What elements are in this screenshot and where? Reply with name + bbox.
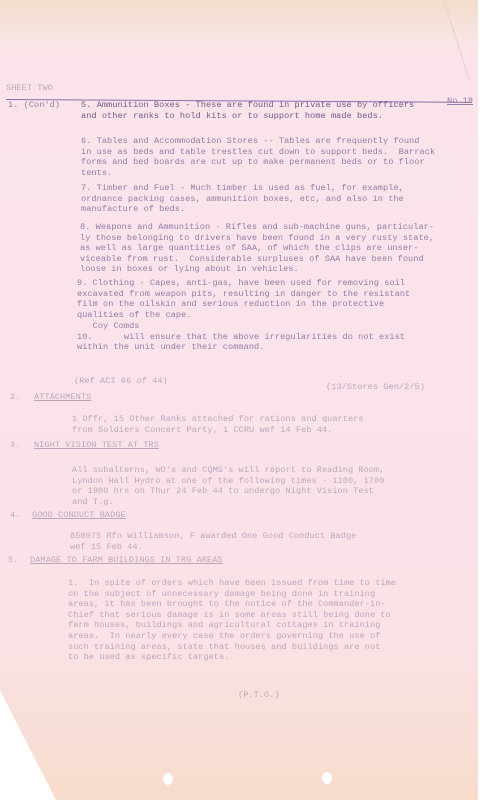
text-line: 6. Tables and Accommodation Stores -- Ta… [81,136,435,147]
item-10: Coy Comds10. will ensure that the above … [77,321,405,353]
text-line: in use as beds and table trestles cut do… [81,147,435,158]
section-3-number: 3. [10,440,20,451]
text-line: Chief that serious damage is in some are… [68,610,396,621]
text-line: 8. Weapons and Ammunition - Rifles and s… [80,222,434,233]
item-8: 8. Weapons and Ammunition - Rifles and s… [80,222,434,275]
item-7: 7. Timber and Fuel - Much timber is used… [81,183,404,215]
text-line: 1 Offr, 15 Other Ranks attached for rati… [72,414,364,425]
text-line: Lyndon Hall Hydro at one of the followin… [72,476,384,487]
page-edge [478,0,486,809]
text-line: wef 15 Feb 44. [70,542,356,553]
text-line: qualities of the cape. [77,310,410,321]
text-line: 7. Timber and Fuel - Much timber is used… [81,183,404,194]
text-line: within the unit under their command. [77,342,405,353]
text-line: tents. [81,168,435,179]
text-line: viceable from rust. Considerable surplus… [80,254,434,265]
text-line: or 1900 hrs on Thur 24 Feb 44 to undergo… [72,486,384,497]
text-line: as well as large quantities of SAA, of w… [80,243,434,254]
please-turn-over: (P.T.O.) [238,690,280,701]
text-line: 5. Ammunition Boxes - These are found in… [81,100,414,111]
text-line: from Soldiers Concert Party, 1 CCRU wef … [72,425,364,436]
sheet-label: SHEET TWO [6,83,53,94]
text-line: 1. In spite of orders which have been is… [68,578,396,589]
text-line: 9. Clothing - Capes, anti-gas, have been… [77,278,410,289]
section-5-body: 1. In spite of orders which have been is… [68,578,396,663]
section-3-title: NIGHT VISION TEST AT TRS [34,440,159,451]
section-4-number: 4. [10,510,20,521]
text-line: loose in boxes or lying about in vehicle… [80,264,434,275]
section-2-number: 2. [10,392,20,403]
text-line: forms and bed boards are cut up to make … [81,157,435,168]
text-line: Coy Comds [77,321,405,332]
text-line: manufacture of beds. [81,204,404,215]
text-line: excavated from weapon pits, resulting in… [77,289,410,300]
item-6: 6. Tables and Accommodation Stores -- Ta… [81,136,435,178]
section-2-title: ATTACHMENTS [34,392,91,403]
section-2-body: 1 Offr, 15 Other Ranks attached for rati… [72,414,364,435]
text-line: film on the oilskin and serious reductio… [77,299,410,310]
text-line: and other ranks to hold kits or to suppo… [81,111,414,122]
text-line: farm houses, buildings and agricultural … [68,620,396,631]
reference-aci: (Ref ACI 66 of 44) [74,376,168,387]
text-line: areas. In nearly every case the orders g… [68,631,396,642]
order-number: No 18 [447,96,473,107]
text-line: ordnance packing cases, ammunition boxes… [81,194,404,205]
section-5-number: 5. [8,555,18,566]
text-line: areas, it has been brought to the notice… [68,599,396,610]
section-4-title: GOOD CONDUCT BADGE [32,510,126,521]
text-line: 10. will ensure that the above irregular… [77,332,405,343]
punch-hole [163,773,173,785]
text-line: and T.g. [72,497,384,508]
text-line: ly those belonging to drivers have been … [80,233,434,244]
section-5-title: DAMAGE TO FARM BUILDINGS IN TRG AREAS [30,555,223,566]
text-line: to be used as specific targets. [68,652,396,663]
reference-file: (13/Stores Gen/2/5) [326,382,425,393]
text-line: All subalterns, WO's and CQMS's will rep… [72,465,384,476]
text-line: on the subject of unnecessary damage bei… [68,589,396,600]
section-4-body: 858975 Rfn Williamson, F awarded One Goo… [70,531,356,552]
section-3-body: All subalterns, WO's and CQMS's will rep… [72,465,384,507]
item-5: 5. Ammunition Boxes - These are found in… [81,100,414,121]
item-9: 9. Clothing - Capes, anti-gas, have been… [77,278,410,320]
section-1-marker: 1. (Con'd) [8,100,60,111]
text-line: such training areas, state that houses a… [68,642,396,653]
text-line: 858975 Rfn Williamson, F awarded One Goo… [70,531,356,542]
punch-hole [322,772,332,784]
